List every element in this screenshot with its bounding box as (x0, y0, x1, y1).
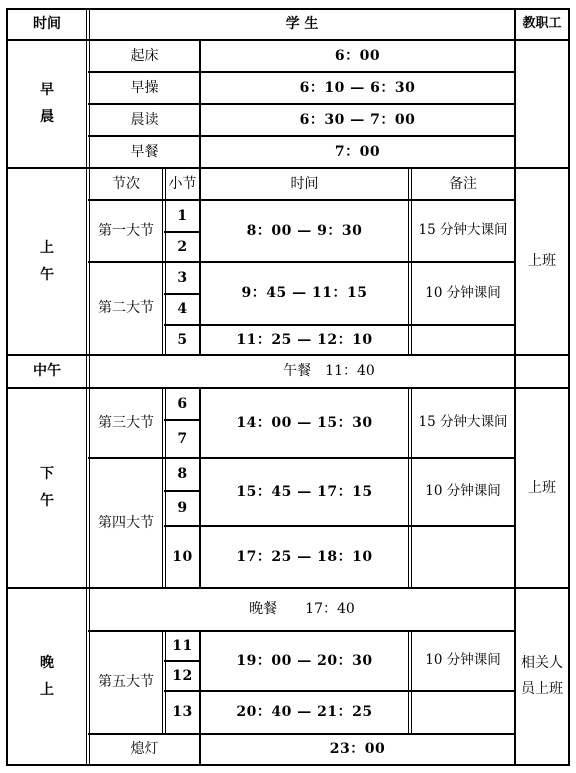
activity-exercise: 早操 (90, 73, 199, 103)
section-note: 10 分钟课间 (411, 263, 515, 324)
section-name: 第一大节 (90, 201, 162, 261)
section-time: 11：25 — 12：10 (201, 326, 408, 354)
staff-forenoon: 上班 (516, 169, 568, 354)
period-label-char: 早 (40, 77, 54, 104)
header-staff: 教职工 (516, 10, 568, 39)
period-number: 5 (166, 326, 199, 354)
period-number: 3 (166, 263, 199, 293)
section-time: 14：00 — 15：30 (201, 389, 408, 457)
lights-out-label: 熄灯 (90, 735, 199, 764)
section-time: 9：45 — 11：15 (201, 263, 408, 324)
activity-wakeup: 起床 (90, 41, 199, 71)
lights-out-time: 23：00 (201, 735, 514, 764)
activity-breakfast: 早餐 (90, 137, 199, 167)
period-label-char: 下 (40, 461, 54, 488)
section-time: 15：45 — 17：15 (201, 459, 408, 525)
dinner-time: 晚餐 17：40 (90, 589, 514, 630)
header-time: 时间 (8, 10, 86, 39)
subheader-section: 节次 (90, 169, 162, 199)
period-label-evening: 晚 上 (8, 589, 86, 764)
lunch-time: 午餐 11：40 (90, 356, 568, 387)
section-name: 第二大节 (90, 263, 162, 354)
period-label-char: 午 (40, 262, 54, 289)
period-number: 12 (166, 662, 199, 690)
activity-reading: 晨读 (90, 105, 199, 135)
section-time: 19：00 — 20：30 (201, 632, 408, 690)
section-time: 8：00 — 9：30 (201, 201, 408, 261)
period-number: 6 (166, 389, 199, 419)
section-note: 10 分钟课间 (411, 632, 515, 690)
period-number: 9 (166, 492, 199, 525)
section-note: 10 分钟课间 (411, 459, 515, 525)
time-reading: 6：30 — 7：00 (201, 105, 514, 135)
period-number: 13 (166, 692, 199, 733)
period-label-char: 晨 (40, 104, 54, 131)
section-note: 15 分钟大课间 (411, 389, 515, 457)
time-wakeup: 6：00 (201, 41, 514, 71)
time-exercise: 6：10 — 6：30 (201, 73, 514, 103)
period-number: 7 (166, 421, 199, 457)
period-label-char: 晚 (40, 650, 54, 677)
section-note: 15 分钟大课间 (411, 201, 515, 261)
staff-evening: 相关人员上班 (516, 589, 568, 764)
staff-afternoon: 上班 (516, 389, 568, 587)
period-label-char: 上 (40, 235, 54, 262)
section-name: 第三大节 (90, 389, 162, 457)
subheader-note: 备注 (412, 169, 514, 199)
period-number: 11 (166, 632, 199, 660)
period-label-forenoon: 上 午 (8, 169, 86, 354)
subheader-period: 小节 (166, 169, 199, 199)
period-number: 1 (166, 201, 199, 231)
period-number: 4 (166, 295, 199, 324)
period-number: 10 (166, 527, 199, 587)
section-time: 20：40 — 21：25 (201, 692, 408, 733)
table-border-bottom (6, 764, 570, 766)
period-label-noon: 中午 (8, 356, 86, 387)
section-time: 17：25 — 18：10 (201, 527, 408, 587)
time-breakfast: 7：00 (201, 137, 514, 167)
period-label-char: 午 (40, 488, 54, 515)
period-label-char: 上 (40, 677, 54, 704)
period-number: 2 (166, 233, 199, 261)
section-name: 第五大节 (90, 632, 162, 733)
header-students: 学 生 (90, 10, 514, 39)
period-label-afternoon: 下 午 (8, 389, 86, 587)
section-name: 第四大节 (90, 459, 162, 587)
subheader-time: 时间 (201, 169, 408, 199)
period-label-morning: 早 晨 (8, 41, 86, 167)
period-number: 8 (166, 459, 199, 490)
